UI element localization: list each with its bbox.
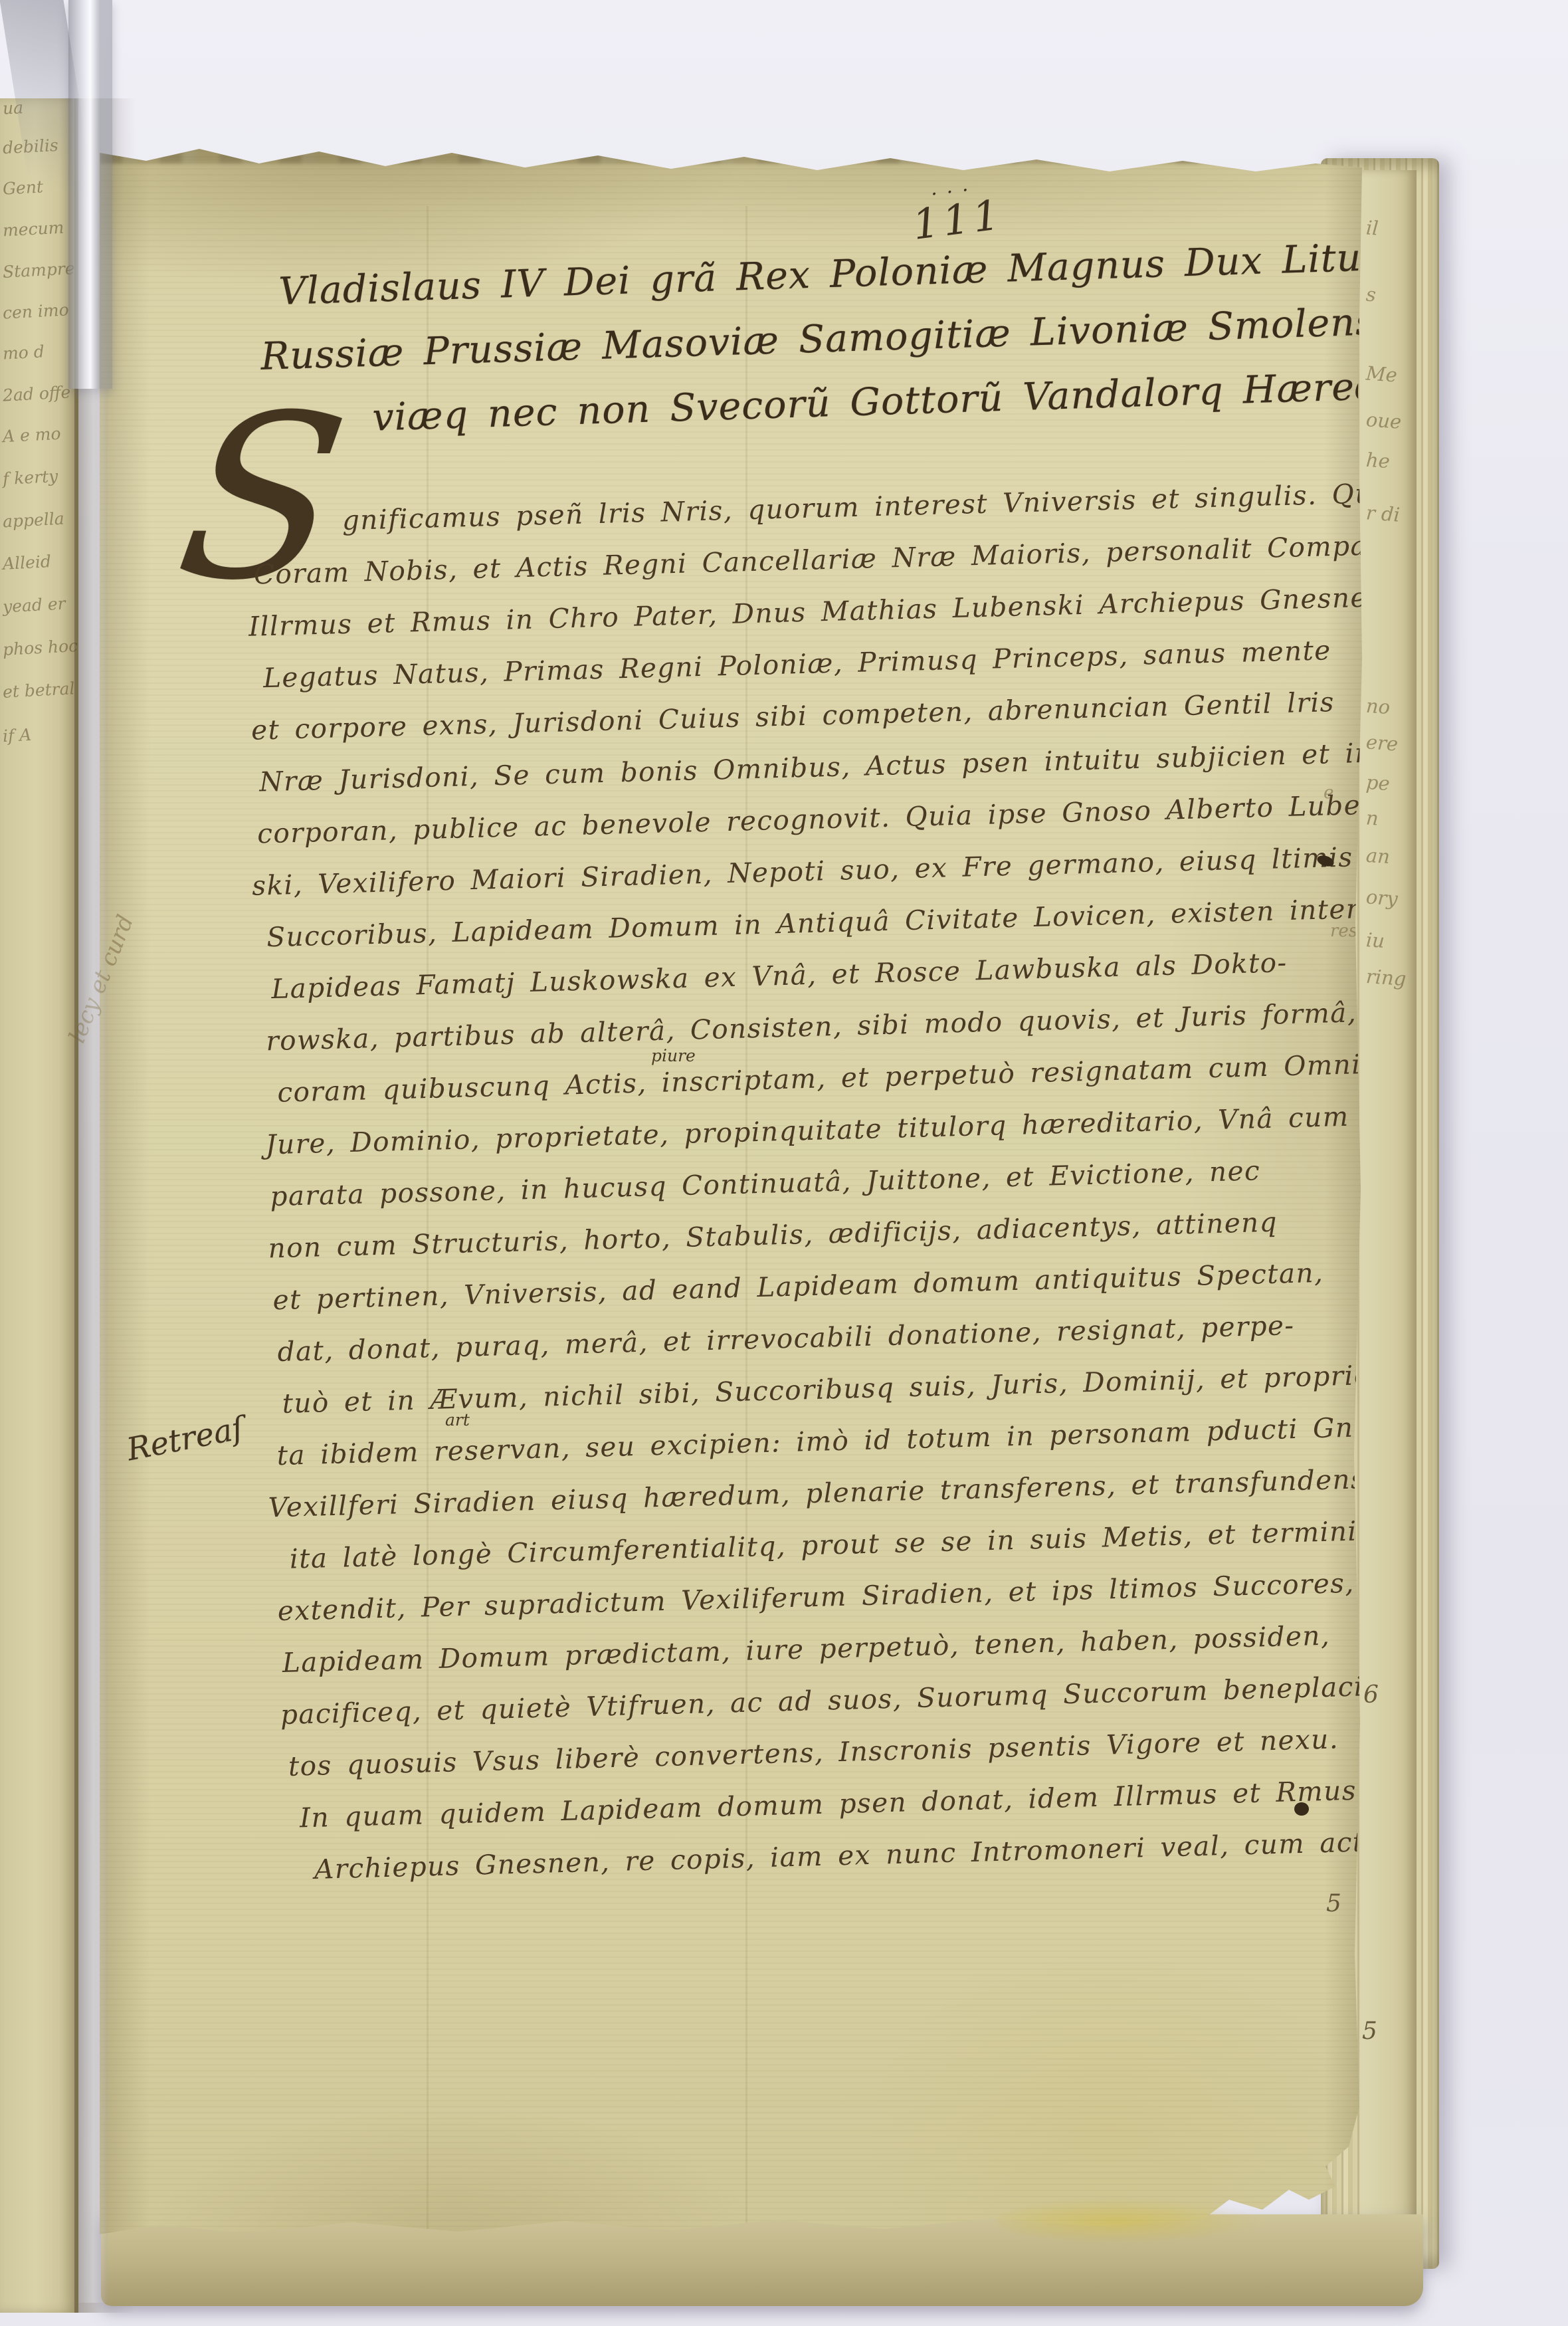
next-page-text-fragment: ory <box>1365 885 1399 910</box>
next-page-text-fragment: Me <box>1365 362 1398 386</box>
edge-numeral: 5 <box>1326 1890 1341 1917</box>
ink-bleed-mark: res <box>1330 921 1357 941</box>
transparent-clamp-strip-lower <box>78 389 108 2303</box>
prev-page-text-fragment: cen imo <box>2 300 69 322</box>
next-page-text-fragment: no <box>1365 694 1391 718</box>
transparent-clamp-strip <box>68 0 112 389</box>
next-page-text-fragment: oue <box>1365 408 1403 433</box>
folio-number: ··· 111 <box>908 178 1005 245</box>
next-page-text-fragment: he <box>1365 449 1391 473</box>
manuscript-page: ··· 111 Vladislaus IV Dei grã Rex Poloni… <box>100 126 1362 2263</box>
prev-page-text-fragment: yead er <box>2 594 66 617</box>
prev-page-text-fragment: if A <box>2 725 32 746</box>
prev-page-text-fragment: A e mo <box>2 424 61 447</box>
next-page-sliver: il s Me oue he r di no ere pe n an ory i… <box>1359 170 1417 2250</box>
next-page-text-fragment: pe <box>1365 771 1391 795</box>
next-page-text-fragment: iu <box>1365 928 1385 952</box>
next-page-text-fragment: n <box>1365 806 1379 829</box>
prev-page-text-fragment: phos hoc <box>2 636 78 659</box>
deckled-top-edge <box>100 144 1362 163</box>
edge-numeral: 6 <box>1363 1681 1379 1709</box>
prev-page-text-fragment: appella <box>2 509 64 532</box>
body-text: gnificamus pseñ lris Nris, quorum intere… <box>242 467 1408 1896</box>
scanner-bed: ua debilis Gent mecum Stampre cen imo mo… <box>0 0 1568 2326</box>
edge-numeral: 5 <box>1362 2018 1377 2045</box>
previous-page-edge: ua debilis Gent mecum Stampre cen imo mo… <box>0 98 78 2313</box>
prev-page-text-fragment: f kerty <box>2 467 58 488</box>
prev-page-text-fragment: Stampre <box>2 259 75 282</box>
prev-page-text-fragment: Alleid <box>2 552 51 574</box>
interlinear-insertion: art <box>445 1410 470 1429</box>
next-page-text-fragment: ring <box>1365 965 1407 990</box>
yellow-wax-smear <box>997 2198 1262 2245</box>
prev-page-text-fragment: 2ad offe <box>2 382 71 405</box>
ink-bleed-mark: e <box>1323 783 1333 803</box>
prev-page-text-fragment: mo d <box>2 342 45 363</box>
interlinear-insertion: piure <box>651 1046 696 1065</box>
ink-blot <box>1294 1802 1309 1816</box>
next-page-text-fragment: s <box>1365 283 1377 306</box>
next-page-text-fragment: an <box>1365 844 1391 868</box>
next-page-text-fragment: il <box>1365 216 1379 239</box>
prev-page-text-fragment: et betral <box>2 679 75 702</box>
next-page-text-fragment: r di <box>1365 501 1401 526</box>
next-page-text-fragment: ere <box>1365 730 1399 755</box>
